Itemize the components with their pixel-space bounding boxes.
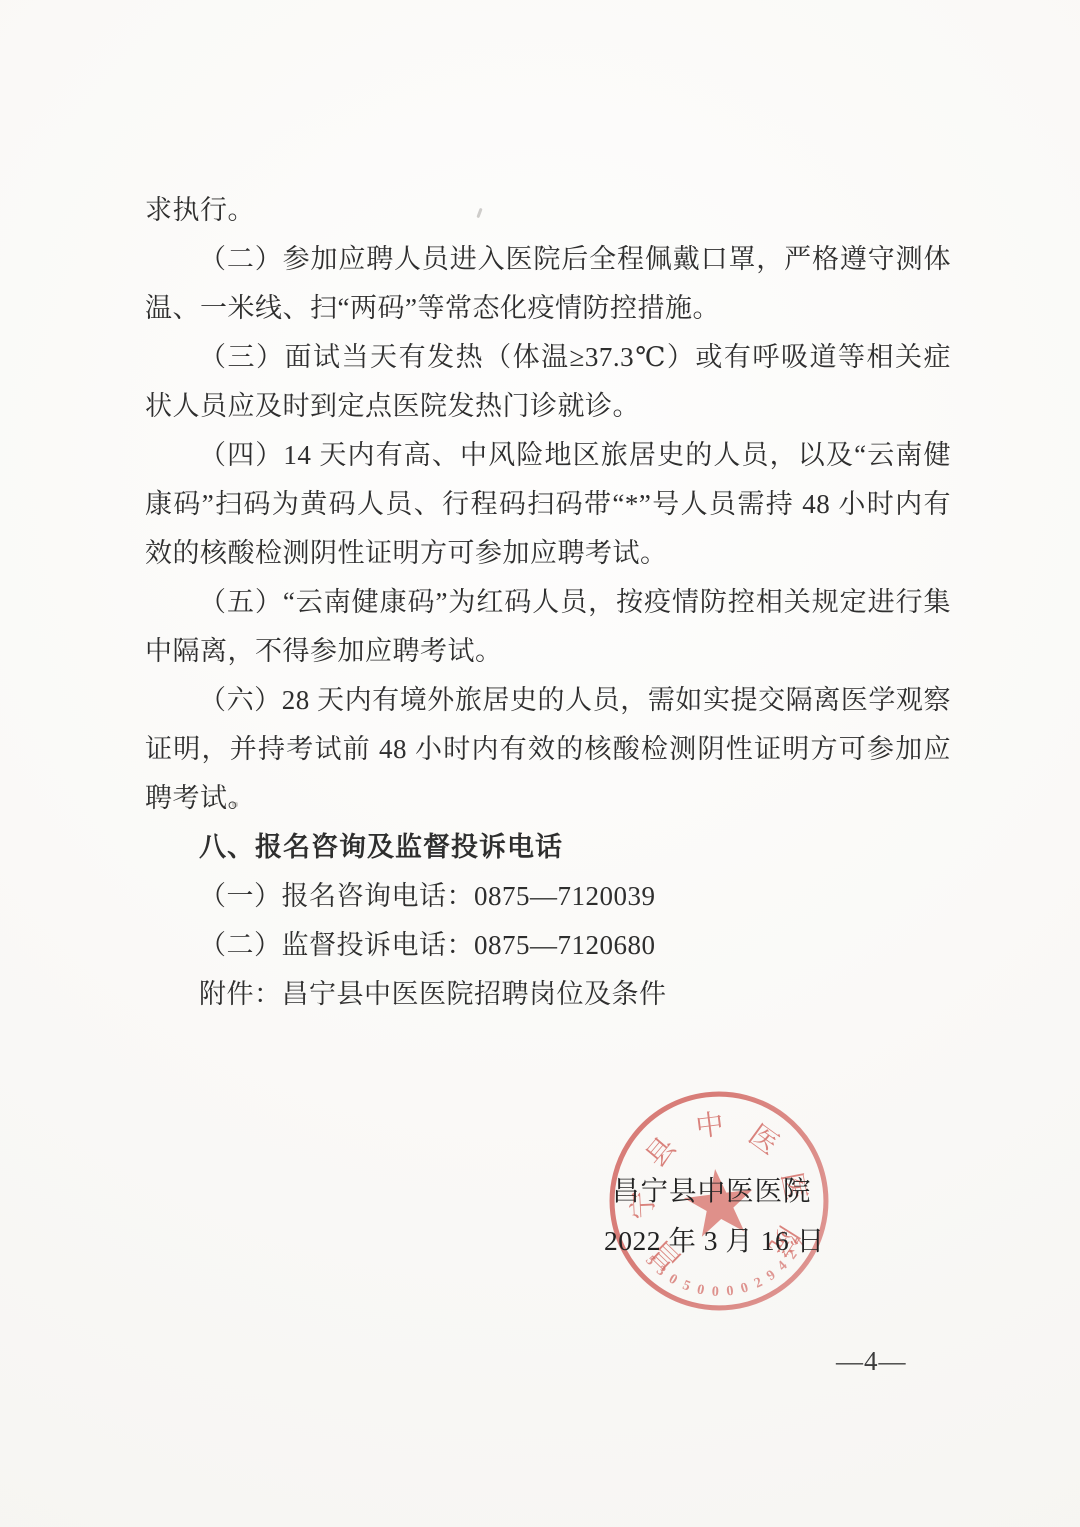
- svg-text:0: 0: [726, 1283, 735, 1300]
- body-paragraph: （六）28 天内有境外旅居史的人员，需如实提交隔离医学观察证明，并持考试前 48…: [145, 676, 951, 823]
- attachment-line: 附件：昌宁县中医医院招聘岗位及条件: [145, 970, 951, 1019]
- body-paragraph: （五）“云南健康码”为红码人员，按疫情防控相关规定进行集中隔离，不得参加应聘考试…: [145, 578, 951, 676]
- svg-text:9: 9: [764, 1267, 779, 1284]
- svg-text:医: 医: [743, 1119, 784, 1161]
- page-number: —4—: [836, 1346, 907, 1377]
- section-heading-8: 八、报名咨询及监督投诉电话: [145, 823, 951, 872]
- signature-organization: 昌宁县中医医院: [604, 1166, 825, 1216]
- signature-block: 昌宁县中医医院 2022 年 3 月 16 日: [604, 1166, 825, 1266]
- svg-text:0: 0: [739, 1280, 750, 1297]
- svg-text:2: 2: [752, 1274, 765, 1291]
- document-body: 求执行。 （二）参加应聘人员进入医院后全程佩戴口罩，严格遵守测体温、一米线、扫“…: [145, 186, 951, 1019]
- body-paragraph: （二）参加应聘人员进入医院后全程佩戴口罩，严格遵守测体温、一米线、扫“两码”等常…: [145, 235, 951, 333]
- svg-text:0: 0: [696, 1281, 706, 1298]
- scan-speck: [232, 802, 238, 807]
- signature-date: 2022 年 3 月 16 日: [604, 1216, 825, 1266]
- body-paragraph: 求执行。: [145, 186, 951, 235]
- body-paragraph: （四）14 天内有高、中风险地区旅居史的人员，以及“云南健康码”扫码为黄码人员、…: [145, 431, 951, 578]
- body-paragraph: （三）面试当天有发热（体温≥37.3℃）或有呼吸道等相关症状人员应及时到定点医院…: [145, 333, 951, 431]
- svg-text:中: 中: [694, 1108, 726, 1143]
- scanned-document-page: 求执行。 （二）参加应聘人员进入医院后全程佩戴口罩，严格遵守测体温、一米线、扫“…: [0, 0, 1080, 1527]
- svg-text:0: 0: [711, 1284, 719, 1300]
- complaint-phone-line: （二）监督投诉电话：0875—7120680: [145, 921, 951, 970]
- svg-text:5: 5: [680, 1277, 692, 1294]
- registration-phone-line: （一）报名咨询电话：0875—7120039: [145, 872, 951, 921]
